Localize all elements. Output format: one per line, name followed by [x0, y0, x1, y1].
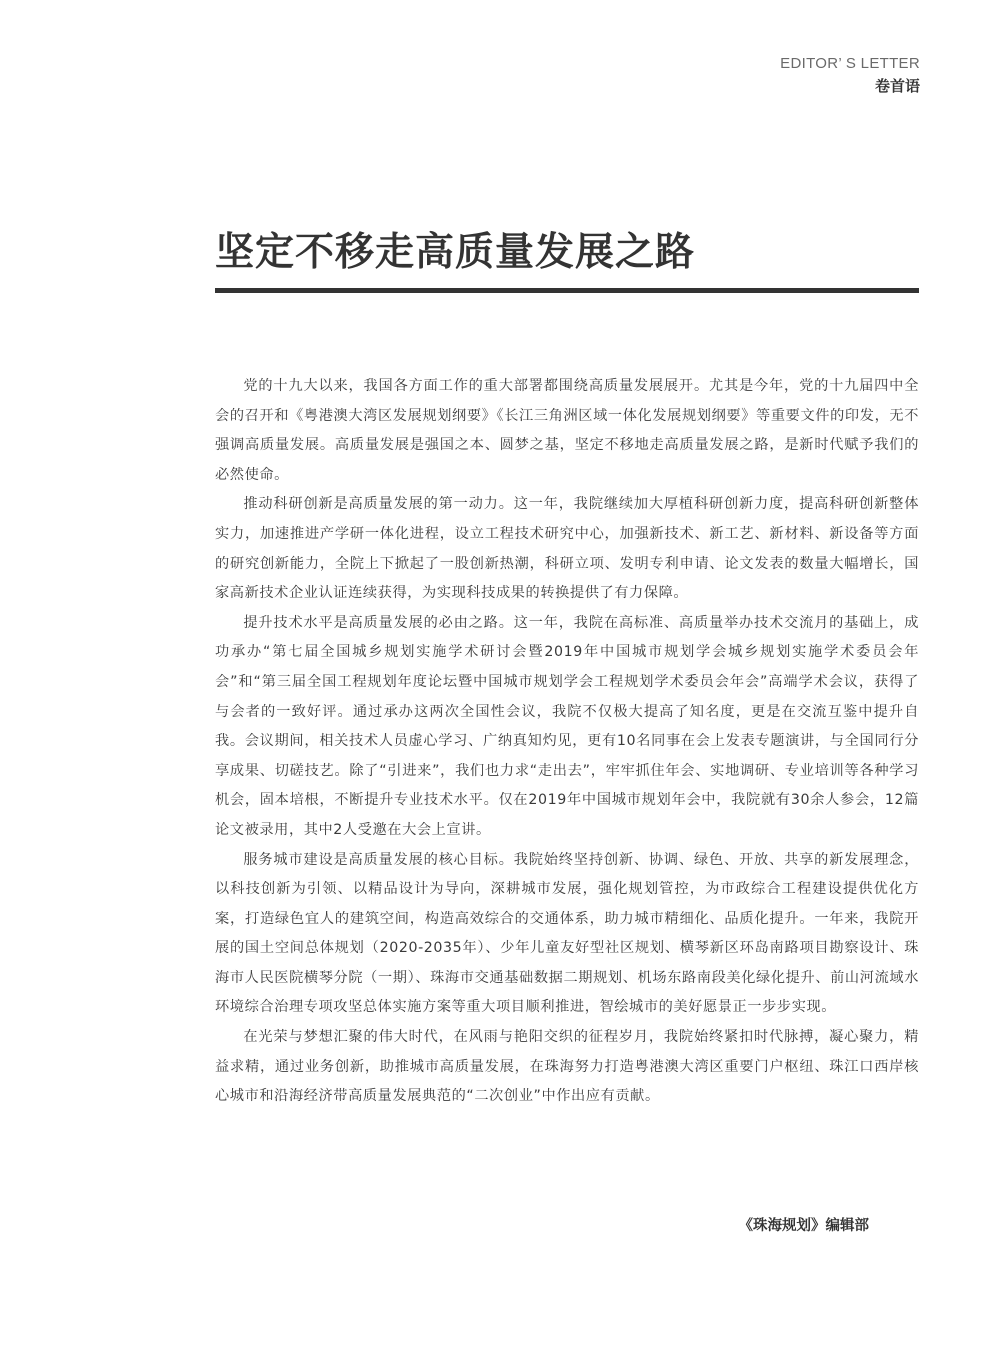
- paragraph-4: 服务城市建设是高质量发展的核心目标。我院始终坚持创新、协调、绿色、开放、共享的新…: [215, 846, 919, 1024]
- section-label-cn: 卷首语: [780, 75, 920, 97]
- article-title: 坚定不移走高质量发展之路: [215, 228, 695, 278]
- signature: 《珠海规划》编辑部: [739, 1214, 870, 1235]
- title-divider: [215, 288, 919, 293]
- section-label-en: EDITOR’ S LETTER: [780, 55, 920, 73]
- section-label: EDITOR’ S LETTER 卷首语: [780, 55, 920, 97]
- article-body: 党的十九大以来，我国各方面工作的重大部署都围绕高质量发展展开。尤其是今年，党的十…: [215, 372, 919, 1112]
- paragraph-1: 党的十九大以来，我国各方面工作的重大部署都围绕高质量发展展开。尤其是今年，党的十…: [215, 372, 919, 490]
- paragraph-5: 在光荣与梦想汇聚的伟大时代，在风雨与艳阳交织的征程岁月，我院始终紧扣时代脉搏，凝…: [215, 1023, 919, 1112]
- paragraph-3: 提升技术水平是高质量发展的必由之路。这一年，我院在高标准、高质量举办技术交流月的…: [215, 609, 919, 846]
- paragraph-2: 推动科研创新是高质量发展的第一动力。这一年，我院继续加大厚植科研创新力度，提高科…: [215, 490, 919, 608]
